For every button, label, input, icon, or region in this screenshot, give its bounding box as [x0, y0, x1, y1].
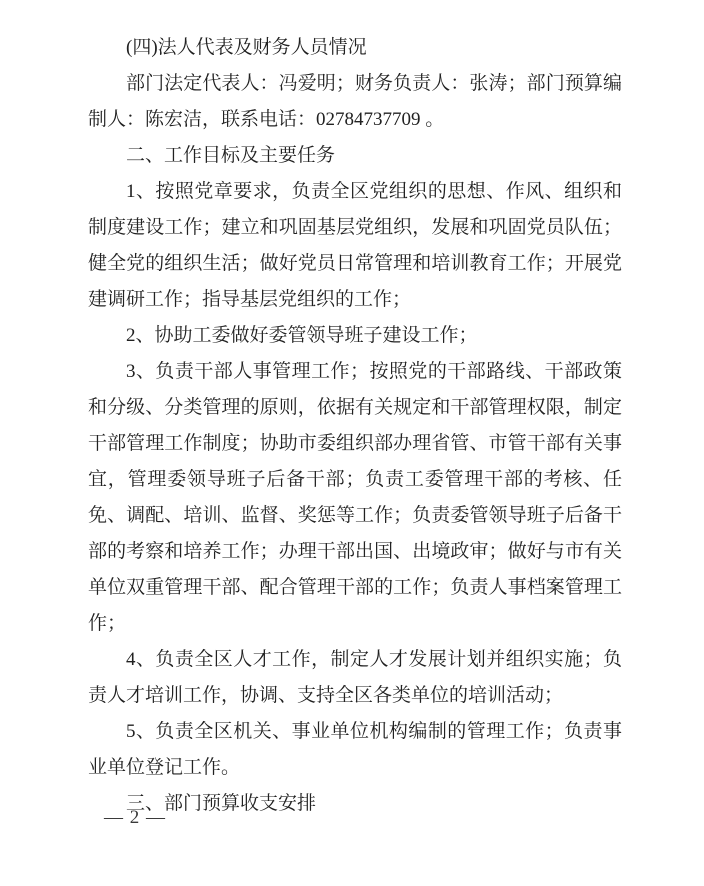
- paragraph-task-4: 4、负责全区人才工作，制定人才发展计划并组织实施；负责人才培训工作，协调、支持全…: [88, 642, 622, 714]
- subsection-heading-legal-representative: (四)法人代表及财务人员情况: [88, 30, 622, 66]
- section-heading-budget-arrangement: 三、部门预算收支安排: [88, 786, 622, 822]
- paragraph-personnel-info: 部门法定代表人：冯爱明；财务负责人：张涛；部门预算编制人：陈宏洁，联系电话：02…: [88, 66, 622, 138]
- document-page: (四)法人代表及财务人员情况 部门法定代表人：冯爱明；财务负责人：张涛；部门预算…: [0, 0, 704, 886]
- paragraph-task-5: 5、负责全区机关、事业单位机构编制的管理工作；负责事业单位登记工作。: [88, 714, 622, 786]
- page-number: — 2 —: [104, 806, 166, 830]
- section-heading-work-goals: 二、工作目标及主要任务: [88, 138, 622, 174]
- paragraph-task-2: 2、协助工委做好委管领导班子建设工作；: [88, 318, 622, 354]
- paragraph-task-1: 1、按照党章要求，负责全区党组织的思想、作风、组织和制度建设工作；建立和巩固基层…: [88, 174, 622, 318]
- document-body: (四)法人代表及财务人员情况 部门法定代表人：冯爱明；财务负责人：张涛；部门预算…: [88, 30, 622, 822]
- paragraph-task-3: 3、负责干部人事管理工作；按照党的干部路线、干部政策和分级、分类管理的原则，依据…: [88, 354, 622, 642]
